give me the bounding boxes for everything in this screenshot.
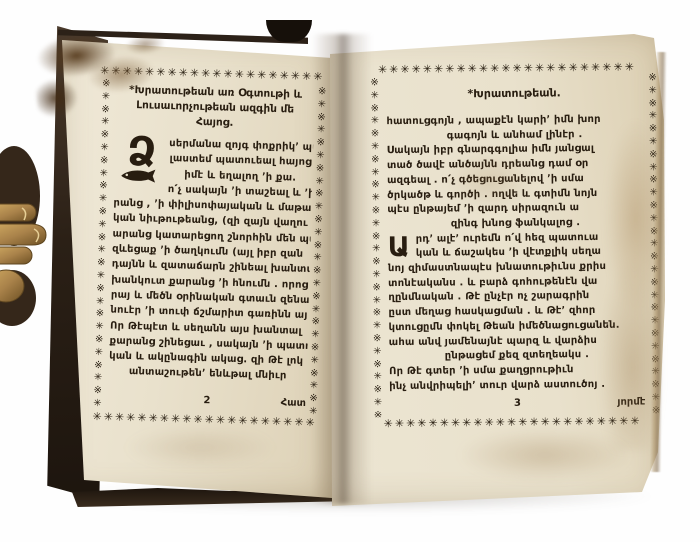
zoomorphic-initial: Ձ [114, 135, 169, 182]
chapter-heading: *Խրատութեան առ Օգտութի և Լուսաւորչութեան… [117, 83, 314, 133]
catchword: յորմէ [521, 396, 646, 408]
catchword: Հատ [210, 395, 306, 409]
antique-book-photo: ✳✳✳✳✳✳✳✳✳✳✳✳✳✳✳✳✳✳✳✳✳✳ ✳✳✳✳✳✳✳✳✳✳✳✳✳✳✳✳✳… [0, 0, 700, 542]
right-page-footer: 3 յորմէ [389, 396, 645, 410]
body-line: նոյ զիմաստնապէս խնատութիւնս քրիս [388, 260, 644, 277]
ornament-border-bottom: ✳✳✳✳✳✳✳✳✳✳✳✳✳✳✳✳✳✳✳✳✳✳ [92, 410, 316, 431]
ornament-border-bottom: ✳✳✳✳✳✳✳✳✳✳✳✳✳✳✳✳✳✳✳✳✳✳✳ [376, 414, 650, 432]
body-line: կտուցըմն փոկել Թեան իմեծնացուցանեն. [389, 318, 645, 335]
brass-clasp [0, 146, 56, 328]
fish-ornament-icon [116, 168, 164, 184]
right-page-text: հատուցգոյն , ապաքէն կարի՚ իմն խոր գագոյն… [386, 112, 645, 405]
left-page-footer: 2 Հատ [108, 392, 306, 409]
body-line: ինչ անվրիպելի՚ տուր վարձ աստուծոյ . [389, 377, 645, 394]
ornament-border-left: ※✳※✳※✳※✳※✳※✳※✳※✳※✳※✳※✳※✳※✳※ [368, 77, 385, 417]
left-page-text: Ձ սերմանա զոյգ փոքրիկ՚ պատ լաստեմ պատուե… [108, 135, 313, 392]
ornament-border-right: ※✳※✳※✳※✳※✳※✳※✳※✳※✳※✳※✳※✳※✳※ [646, 72, 663, 414]
left-page: ✳✳✳✳✳✳✳✳✳✳✳✳✳✳✳✳✳✳✳✳✳✳ ✳✳✳✳✳✳✳✳✳✳✳✳✳✳✳✳✳… [56, 34, 332, 500]
drop-cap-letter: Ա [388, 232, 416, 261]
right-page: ✳✳✳✳✳✳✳✳✳✳✳✳✳✳✳✳✳✳✳✳✳✳✳ ✳✳✳✳✳✳✳✳✳✳✳✳✳✳✳✳… [330, 30, 666, 508]
ornament-border-top: ✳✳✳✳✳✳✳✳✳✳✳✳✳✳✳✳✳✳✳✳✳✳✳ [370, 60, 644, 78]
running-head: *Խրատութեան. [386, 84, 642, 103]
